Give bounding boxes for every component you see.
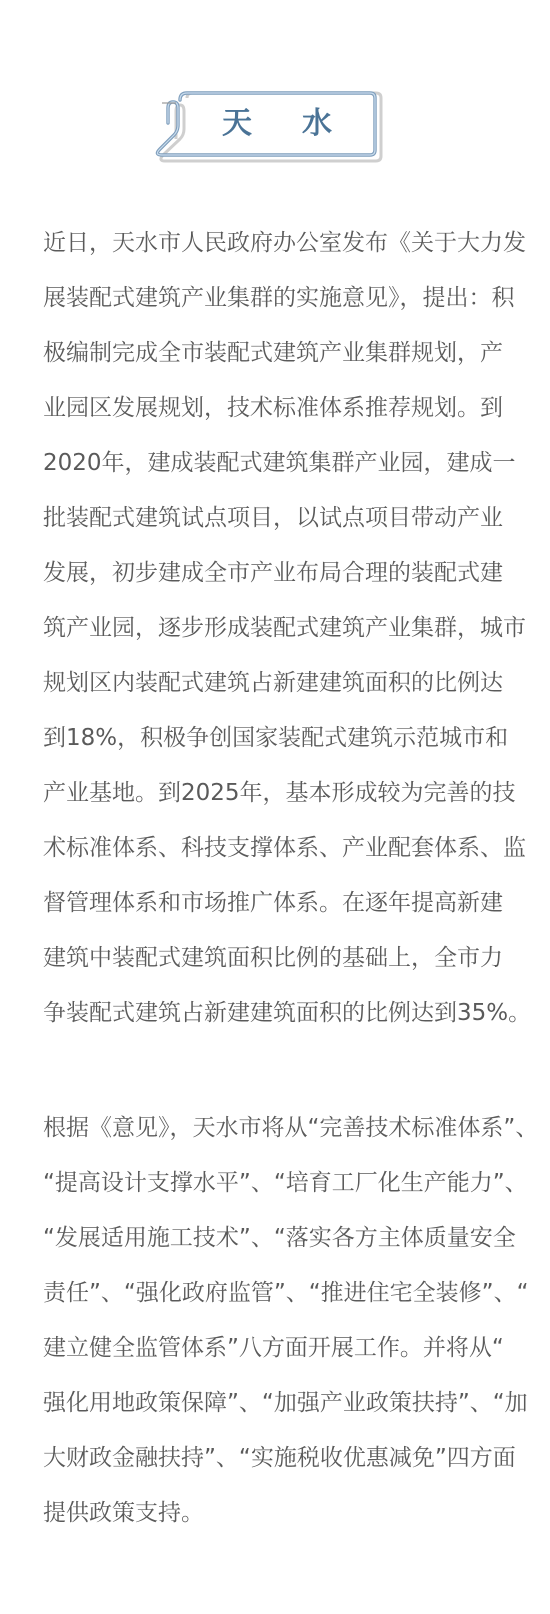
text-line: 建筑中装配式建筑面积比例的基础上，全市力 <box>43 931 513 986</box>
text-line: 展装配式建筑产业集群的实施意见》，提出：积 <box>43 271 513 326</box>
text-line: 规划区内装配式建筑占新建建筑面积的比例达 <box>43 656 513 711</box>
text-line: 大财政金融扶持”、“实施税收优惠减免”四方面 <box>43 1431 513 1486</box>
text-line: 督管理体系和市场推广体系。在逐年提高新建 <box>43 876 513 931</box>
text-line: 根据《意见》，天水市将从“完善技术标准体系”、 <box>43 1101 513 1156</box>
text-line: 建立健全监管体系”八方面开展工作。并将从“ <box>43 1321 513 1376</box>
section-title-char-1: 天 <box>222 104 252 144</box>
article-body: 近日，天水市人民政府办公室发布《关于大力发 展装配式建筑产业集群的实施意见》，提… <box>43 216 513 1541</box>
text-line: 极编制完成全市装配式建筑产业集群规划，产 <box>43 326 513 381</box>
text-line: 近日，天水市人民政府办公室发布《关于大力发 <box>43 216 513 271</box>
paragraph-2: 根据《意见》，天水市将从“完善技术标准体系”、 “提高设计支撑水平”、“培育工厂… <box>43 1101 513 1541</box>
text-line: 术标准体系、科技支撑体系、产业配套体系、监 <box>43 821 513 876</box>
text-line: 2020年，建成装配式建筑集群产业园，建成一 <box>43 436 513 491</box>
paragraph-1: 近日，天水市人民政府办公室发布《关于大力发 展装配式建筑产业集群的实施意见》，提… <box>43 216 513 1041</box>
text-line: 发展，初步建成全市产业布局合理的装配式建 <box>43 546 513 601</box>
text-line: 提供政策支持。 <box>43 1486 513 1541</box>
text-line: 到18%，积极争创国家装配式建筑示范城市和 <box>43 711 513 766</box>
text-line: 业园区发展规划，技术标准体系推荐规划。到 <box>43 381 513 436</box>
section-title: 天 水 <box>222 104 332 144</box>
text-line: 争装配式建筑占新建建筑面积的比例达到35%。 <box>43 986 513 1041</box>
text-line: “提高设计支撑水平”、“培育工厂化生产能力”、 <box>43 1156 513 1211</box>
text-line: 强化用地政策保障”、“加强产业政策扶持”、“加 <box>43 1376 513 1431</box>
text-line: “发展适用施工技术”、“落实各方主体质量安全 <box>43 1211 513 1266</box>
text-line: 筑产业园，逐步形成装配式建筑产业集群，城市 <box>43 601 513 656</box>
text-line: 产业基地。到2025年，基本形成较为完善的技 <box>43 766 513 821</box>
paragraph-gap <box>43 1041 513 1101</box>
text-line: 批装配式建筑试点项目，以试点项目带动产业 <box>43 491 513 546</box>
section-title-char-2: 水 <box>302 104 332 144</box>
text-line: 责任”、“强化政府监管”、“推进住宅全装修”、“ <box>43 1266 513 1321</box>
